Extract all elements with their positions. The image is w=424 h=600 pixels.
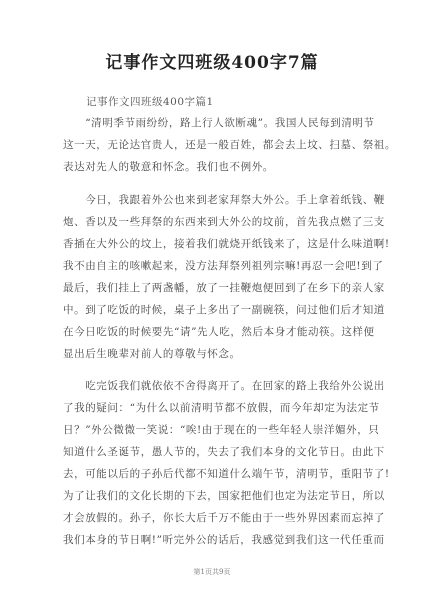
text-line: 了我的疑问：“为什么以前清明节都不放假，而今年却定为法定节 — [63, 397, 363, 419]
document-title: 记事作文四班级400字7篇 — [0, 48, 424, 73]
section-heading: 记事作文四班级400字篇1 — [86, 94, 214, 109]
text-line: “清明季节雨纷纷，路上行人欲断魂”。我国人民每到清明节 — [63, 112, 363, 134]
text-line: 在今日吃饭的时候要先“请”先人吃，然后本身才能动筷。这样便 — [63, 321, 363, 343]
text-line: 炮、香以及一些拜祭的东西来到大外公的坟前，首先我点燃了三支 — [63, 211, 363, 233]
text-line: 表达对先人的敬意和怀念。我们也不例外。 — [63, 156, 363, 178]
text-line: 知道什么圣诞节，愚人节的，失去了我们本身的文化节日。由此下 — [63, 441, 363, 463]
text-line: 日？”外公微微一笑说：“唉!由于现在的一些年轻人崇洋媚外，只 — [63, 419, 363, 441]
text-line: 中。到了吃饭的时候，桌子上多出了一副碗筷，问过他们后才知道 — [63, 299, 363, 321]
document-page: 记事作文四班级400字7篇 记事作文四班级400字篇1 “清明季节雨纷纷，路上行… — [0, 0, 424, 600]
paragraph-1: “清明季节雨纷纷，路上行人欲断魂”。我国人民每到清明节 这一天，无论达官贵人，还… — [63, 112, 363, 178]
text-line: 这一天，无论达官贵人，还是一般百姓，都会去上坟、扫墓、祭祖。 — [63, 134, 363, 156]
page-number: 第1页共9页 — [0, 567, 424, 577]
text-line: 我们本身的节日啊!”听完外公的话后，我感觉到我们这一代任重而 — [63, 529, 363, 551]
text-line: 最后，我们挂上了两盏幡，放了一挂鞭炮便回到了在乡下的亲人家 — [63, 277, 363, 299]
text-line: 香插在大外公的坟上，接着我们就烧开纸钱来了，这是什么味道啊! — [63, 233, 363, 255]
paragraph-2: 今日，我跟着外公也来到老家拜祭大外公。手上拿着纸钱、鞭 炮、香以及一些拜祭的东西… — [63, 189, 363, 365]
text-line: 为了让我们的文化长期的下去，国家把他们也定为法定节日，所以 — [63, 485, 363, 507]
paragraph-3: 吃完饭我们就依依不舍得离开了。在回家的路上我给外公说出 了我的疑问：“为什么以前… — [63, 375, 363, 551]
text-line: 今日，我跟着外公也来到老家拜祭大外公。手上拿着纸钱、鞭 — [63, 189, 363, 211]
text-line: 吃完饭我们就依依不舍得离开了。在回家的路上我给外公说出 — [63, 375, 363, 397]
text-line: 才会放假的。孙子，你长大后千万不能由于一些外界因素而忘掉了 — [63, 507, 363, 529]
text-line: 我不由自主的咳嗽起来，没方法拜祭列祖列宗嘛!再忍一会吧!到了 — [63, 255, 363, 277]
text-line: 去，可能以后的子孙后代都不知道什么端午节，清明节，重阳节了! — [63, 463, 363, 485]
text-line: 显出后生晚辈对前人的尊敬与怀念。 — [63, 343, 363, 365]
